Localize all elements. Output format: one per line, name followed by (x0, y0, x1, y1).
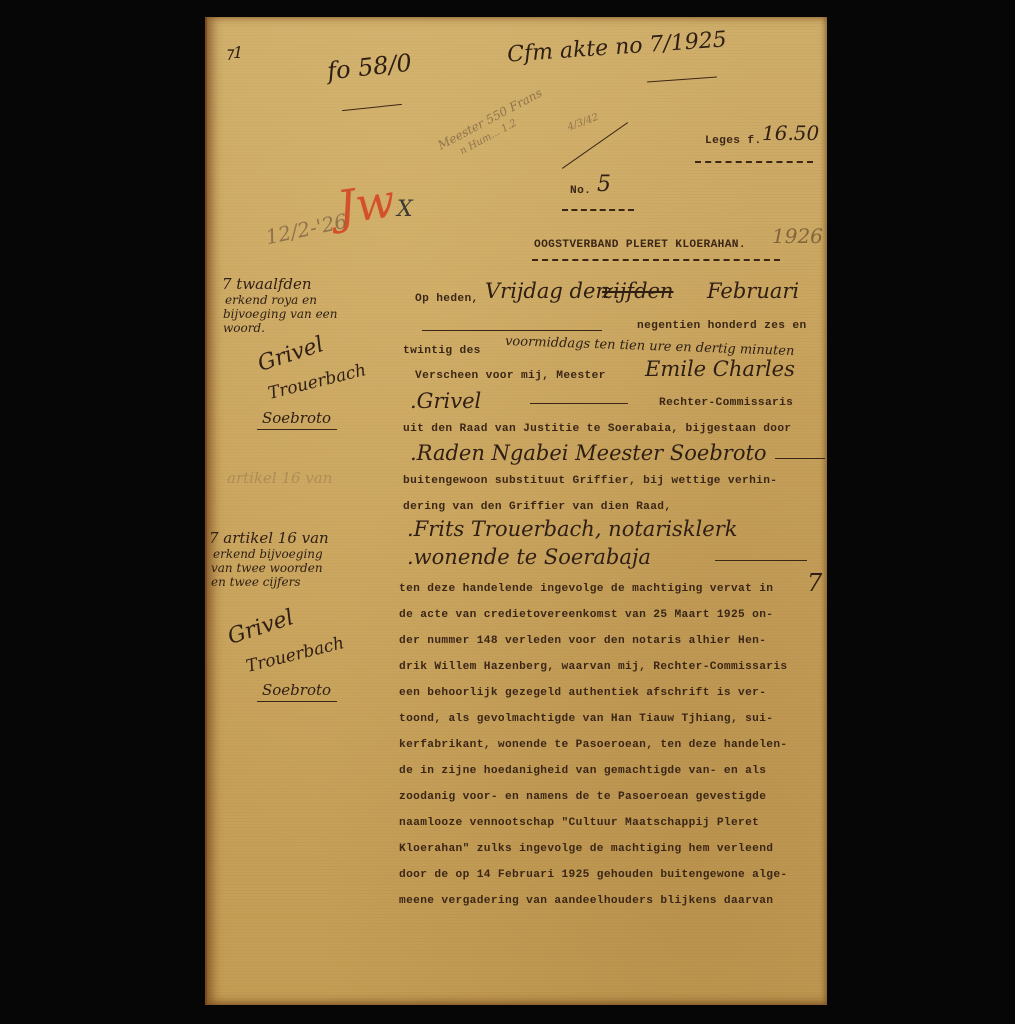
blank-line (775, 458, 825, 459)
title-dashes (532, 259, 780, 261)
corner-mark: ⁊1 (225, 43, 243, 62)
document-title: OOGSTVERBAND PLERET KLOERAHAN. (534, 239, 746, 251)
body-line-18: kerfabrikant, wonende te Pasoeroean, ten… (399, 739, 788, 751)
margin-note-line: en twee cijfers (211, 575, 300, 589)
signature-underline (257, 429, 337, 430)
body-line-5-typed: Rechter-Commissaris (659, 397, 793, 409)
leges-label: Leges f. (705, 135, 762, 147)
leges-dashes (695, 161, 813, 163)
pencil-note-3: 4/3/42 (566, 112, 600, 133)
body-line-21: naamlooze vennootschap "Cultuur Maatscha… (399, 817, 759, 829)
photo-background: ⁊1 fo 58/0 Cfm akte no 7/1925 Meester 55… (0, 0, 1015, 1024)
signature-underline (257, 701, 337, 702)
body-line-15: drik Willem Hazenberg, waarvan mij, Rech… (399, 661, 788, 673)
blank-line (715, 560, 807, 561)
body-line-1-struck: zijfden (602, 279, 673, 303)
body-line-4-hand: Emile Charles (645, 357, 795, 381)
margin-note-line: woord. (223, 321, 265, 335)
body-line-9: dering van den Griffier van dien Raad, (403, 501, 671, 513)
body-line-6: uit den Raad van Justitie te Soerabaia, … (403, 423, 792, 435)
margin-note-line: bijvoeging van een (223, 307, 338, 321)
body-line-2: negentien honderd zes en (637, 320, 807, 332)
signature-grivel: Grivel (225, 605, 297, 650)
body-line-23: door de op 14 Februari 1925 gehouden bui… (399, 869, 788, 881)
body-line-16: een behoorlijk gezegeld authentiek afsch… (399, 687, 766, 699)
margin-note-line: erkend roya en (225, 293, 317, 307)
insertion-mark: 7 (807, 569, 822, 597)
leges-value: 16.50 (762, 121, 819, 145)
body-line-24: meene vergadering van aandeelhouders bli… (399, 895, 773, 907)
body-line-5-hand: .Grivel (410, 389, 481, 413)
year-annotation: 1926 (772, 224, 823, 248)
document-page: ⁊1 fo 58/0 Cfm akte no 7/1925 Meester 55… (205, 17, 827, 1005)
signature-soebroto: Soebroto (262, 409, 331, 427)
folio-underline (342, 104, 402, 111)
body-line-3-typed: twintig des (403, 345, 481, 357)
body-line-7-hand: .Raden Ngabei Meester Soebroto (410, 441, 767, 465)
body-line-13: de acte van credietovereenkomst van 25 M… (399, 609, 773, 621)
body-line-11-hand: .wonende te Soerabaja (407, 545, 651, 569)
body-line-12: ten deze handelende ingevolge de machtig… (399, 583, 773, 595)
number-label: No. (570, 185, 591, 197)
akte-reference: Cfm akte no 7/1925 (506, 27, 727, 67)
grey-x-mark: X (397, 197, 413, 222)
body-line-1-typed: Op heden, (415, 293, 479, 305)
body-line-8: buitengewoon substituut Griffier, bij we… (403, 475, 777, 487)
signature-soebroto: Soebroto (262, 681, 331, 699)
body-line-3-hand: voormiddags ten tien ure en dertig minut… (505, 334, 795, 359)
body-line-20: zoodanig voor- en namens de te Pasoeroea… (399, 791, 766, 803)
number-dashes (562, 209, 634, 211)
body-line-19: de in zijne hoedanigheid van gemachtigde… (399, 765, 766, 777)
blank-line (422, 330, 602, 331)
akte-underline (647, 77, 717, 83)
blank-line (530, 403, 628, 404)
folio-annotation: fo 58/0 (326, 49, 413, 86)
body-line-10-hand: .Frits Trouerbach, notarisklerk (407, 517, 737, 541)
date-annotation: 12/2-'26 (263, 209, 349, 250)
margin-note-line: erkend bijvoeging (213, 547, 323, 561)
signature-grivel: Grivel (255, 332, 327, 377)
body-line-4-typed: Verscheen voor mij, Meester (415, 370, 606, 382)
number-value: 5 (597, 172, 611, 197)
margin-note-line: van twee woorden (211, 561, 323, 575)
body-line-1-hand: Vrijdag den (485, 279, 609, 303)
body-line-22: Kloerahan" zulks ingevolge de machtiging… (399, 843, 773, 855)
margin-note-line: 7 artikel 16 van (209, 529, 329, 547)
body-line-14: der nummer 148 verleden voor den notaris… (399, 635, 766, 647)
body-line-17: toond, als gevolmachtigde van Han Tiauw … (399, 713, 773, 725)
body-line-1-month: Februari (707, 279, 799, 303)
margin-note-line: 7 twaalfden (222, 275, 312, 293)
faded-margin-line: artikel 16 van (227, 469, 332, 487)
